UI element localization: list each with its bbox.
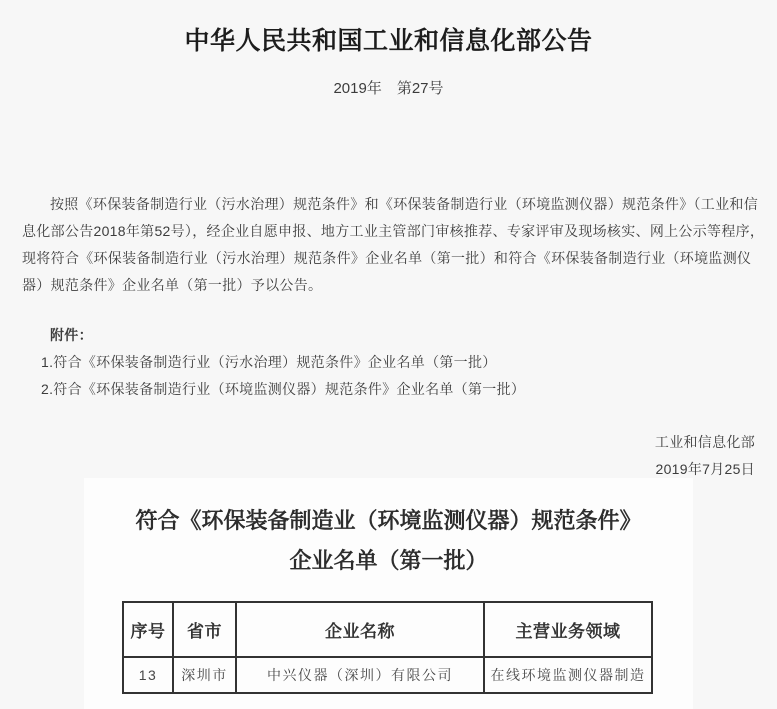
table-header-row: 序号 省市 企业名称 主营业务领域 (123, 602, 652, 657)
announcement-paragraph: 按照《环保装备制造行业（污水治理）规范条件》和《环保装备制造行业（环境监测仪器）… (22, 191, 756, 299)
cell-seq: 13 (123, 657, 173, 693)
notice-image-title-line2: 企业名单（第一批） (84, 548, 693, 574)
paragraph-line: 息化部公告2018年第52号），经企业自愿申报、地方工业主管部门审核推荐、专家评… (22, 218, 756, 245)
paragraph-line: 器）规范条件》企业名单（第一批）予以公告。 (22, 272, 756, 299)
column-header-company: 企业名称 (236, 602, 484, 657)
attachment-item-1: 1.符合《环保装备制造行业（污水治理）规范条件》企业名单（第一批） (41, 349, 525, 376)
attachment-item-2: 2.符合《环保装备制造行业（环境监测仪器）规范条件》企业名单（第一批） (41, 376, 525, 403)
company-table: 序号 省市 企业名称 主营业务领域 13 深圳市 中兴仪器（深圳）有限公司 在线… (122, 601, 653, 694)
embedded-notice-image: 符合《环保装备制造业（环境监测仪器）规范条件》 企业名单（第一批） 序号 省市 … (84, 478, 693, 709)
issuer-name: 工业和信息化部 (655, 429, 755, 456)
table-row: 13 深圳市 中兴仪器（深圳）有限公司 在线环境监测仪器制造 (123, 657, 652, 693)
issue-number: 2019年 第27号 (0, 79, 777, 98)
cell-company: 中兴仪器（深圳）有限公司 (236, 657, 484, 693)
column-header-seq: 序号 (123, 602, 173, 657)
column-header-province: 省市 (173, 602, 236, 657)
paragraph-line: 按照《环保装备制造行业（污水治理）规范条件》和《环保装备制造行业（环境监测仪器）… (22, 191, 756, 218)
column-header-business: 主营业务领域 (484, 602, 652, 657)
cell-province: 深圳市 (173, 657, 236, 693)
page-title: 中华人民共和国工业和信息化部公告 (0, 26, 777, 56)
cell-business: 在线环境监测仪器制造 (484, 657, 652, 693)
attachments-section: 附件： 1.符合《环保装备制造行业（污水治理）规范条件》企业名单（第一批） 2.… (41, 322, 525, 403)
notice-image-title-line1: 符合《环保装备制造业（环境监测仪器）规范条件》 (84, 506, 693, 536)
announcement-page: 中华人民共和国工业和信息化部公告 2019年 第27号 按照《环保装备制造行业（… (0, 0, 777, 709)
signature-block: 工业和信息化部 2019年7月25日 (655, 429, 755, 483)
attachments-label: 附件： (41, 322, 525, 349)
paragraph-line: 现将符合《环保装备制造行业（污水治理）规范条件》企业名单（第一批）和符合《环保装… (22, 245, 756, 272)
